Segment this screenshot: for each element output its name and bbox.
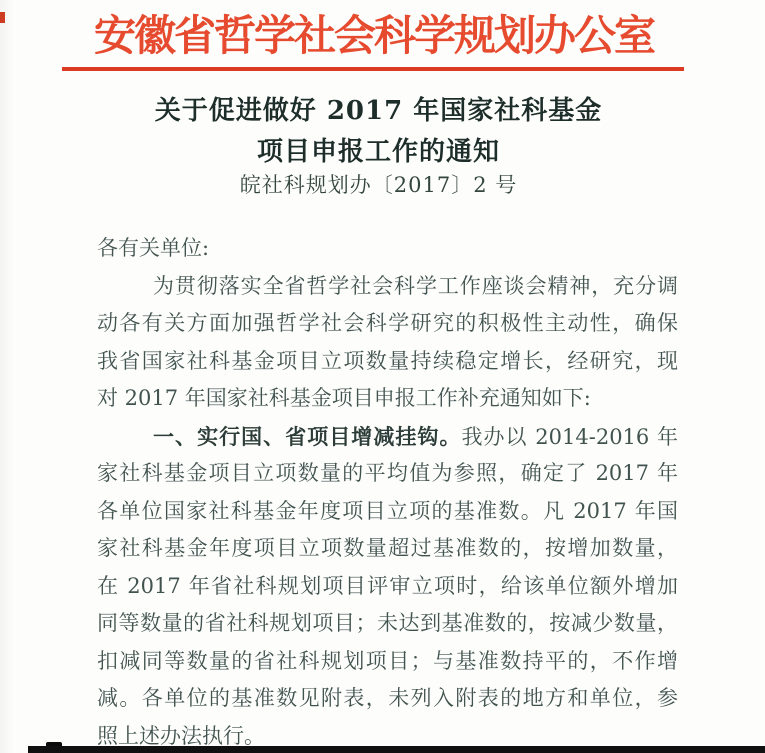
body-text-segment: 动各有关方面加强哲学社会科学研究的积极性主动性，确保	[97, 311, 678, 335]
body-line: 我省国家社科基金项目立项数量持续稳定增长，经研究，现	[97, 343, 678, 381]
body-text-segment: 对 2017 年国家社科基金项目申报工作补充通知如下:	[97, 386, 591, 410]
body-line: 各单位国家社科基金年度项目立项的基准数。凡 2017 年国	[97, 493, 678, 531]
body-text-segment: 为贯彻落实全省哲学社会科学工作座谈会精神，充分调	[153, 274, 678, 298]
document-body: 各有关单位:为贯彻落实全省哲学社会科学工作座谈会精神，充分调动各有关方面加强哲学…	[97, 230, 678, 753]
scanned-document-page: 安徽省哲学社会科学规划办公室 关于促进做好 2017 年国家社科基金 项目申报工…	[0, 0, 765, 753]
scan-edge-band	[28, 746, 765, 753]
body-text-segment: 照上述办法执行。	[97, 724, 265, 748]
document-title-line2: 项目申报工作的通知	[0, 131, 757, 168]
document-number: 皖社科规划办〔2017〕2 号	[0, 169, 757, 199]
body-text-segment: 家社科基金年度项目立项数量超过基准数的，按增加数量，	[97, 536, 678, 560]
body-line: 一、实行国、省项目增减挂钩。我办以 2014-2016 年国	[97, 418, 678, 456]
body-line: 减。各单位的基准数见附表，未列入附表的地方和单位，参	[97, 680, 678, 718]
body-line: 各有关单位:	[97, 230, 678, 268]
letterhead-office-name: 安徽省哲学社会科学规划办公室	[52, 3, 696, 63]
document-title-line1: 关于促进做好 2017 年国家社科基金	[0, 90, 757, 127]
body-text-segment: 各有关单位:	[97, 236, 209, 260]
body-text-segment: 我省国家社科基金项目立项数量持续稳定增长，经研究，现	[97, 349, 678, 373]
body-line: 家社科基金年度项目立项数量超过基准数的，按增加数量，	[97, 530, 678, 568]
section-heading-bold: 一、实行国、省项目增减挂钩。	[153, 424, 461, 449]
body-text-segment: 同等数量的省社科规划项目；未达到基准数的，按减少数量，	[97, 611, 678, 635]
body-line: 同等数量的省社科规划项目；未达到基准数的，按减少数量，	[97, 605, 678, 643]
body-text-segment: 在 2017 年省社科规划项目评审立项时，给该单位额外增加	[97, 574, 678, 598]
body-text-segment: 减。各单位的基准数见附表，未列入附表的地方和单位，参	[97, 686, 678, 710]
letterhead-divider-rule	[62, 67, 684, 71]
body-line: 对 2017 年国家社科基金项目申报工作补充通知如下:	[97, 380, 678, 418]
body-line: 在 2017 年省社科规划项目评审立项时，给该单位额外增加	[97, 568, 678, 606]
scan-artifact-red-speck	[0, 12, 5, 23]
body-text-segment: 家社科基金项目立项数量的平均值为参照，确定了 2017 年	[97, 461, 678, 485]
body-line: 为贯彻落实全省哲学社会科学工作座谈会精神，充分调	[97, 268, 678, 306]
body-line: 扣减同等数量的省社科规划项目；与基准数持平的，不作增	[97, 643, 678, 681]
body-line: 动各有关方面加强哲学社会科学研究的积极性主动性，确保	[97, 305, 678, 343]
body-line: 家社科基金项目立项数量的平均值为参照，确定了 2017 年	[97, 455, 678, 493]
body-text-segment: 各单位国家社科基金年度项目立项的基准数。凡 2017 年国	[97, 499, 678, 523]
body-text-segment: 扣减同等数量的省社科规划项目；与基准数持平的，不作增	[97, 649, 678, 673]
